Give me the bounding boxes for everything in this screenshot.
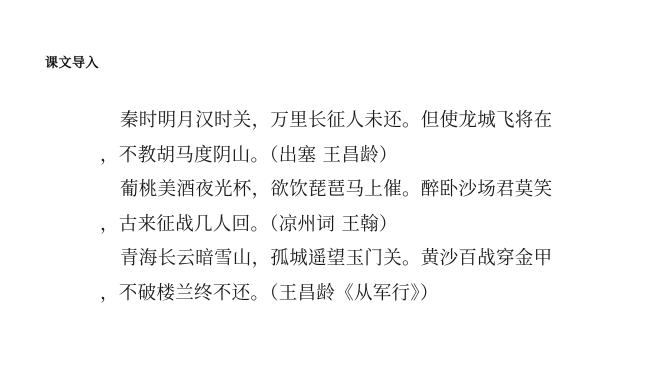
poem-1-line-1: 秦时明月汉时关，万里长征人未还。但使龙城飞将在 [100, 104, 590, 139]
poem-3-line-1: 青海长云暗雪山，孤城遥望玉门关。黄沙百战穿金甲 [100, 242, 590, 277]
poem-2-line-1: 葡桃美酒夜光杯，欲饮琵琶马上催。醉卧沙场君莫笑 [100, 173, 590, 208]
poem-1-line-2: ，不教胡马度阴山。（出塞 王昌龄） [100, 139, 590, 174]
poem-2-line-2: ，古来征战几人回。（凉州词 王翰） [100, 208, 590, 243]
poem-3-line-2: ，不破楼兰终不还。（王昌龄《从军行》） [100, 277, 590, 312]
poem-text-block: 秦时明月汉时关，万里长征人未还。但使龙城飞将在 ，不教胡马度阴山。（出塞 王昌龄… [100, 104, 590, 311]
section-title: 课文导入 [45, 52, 99, 71]
